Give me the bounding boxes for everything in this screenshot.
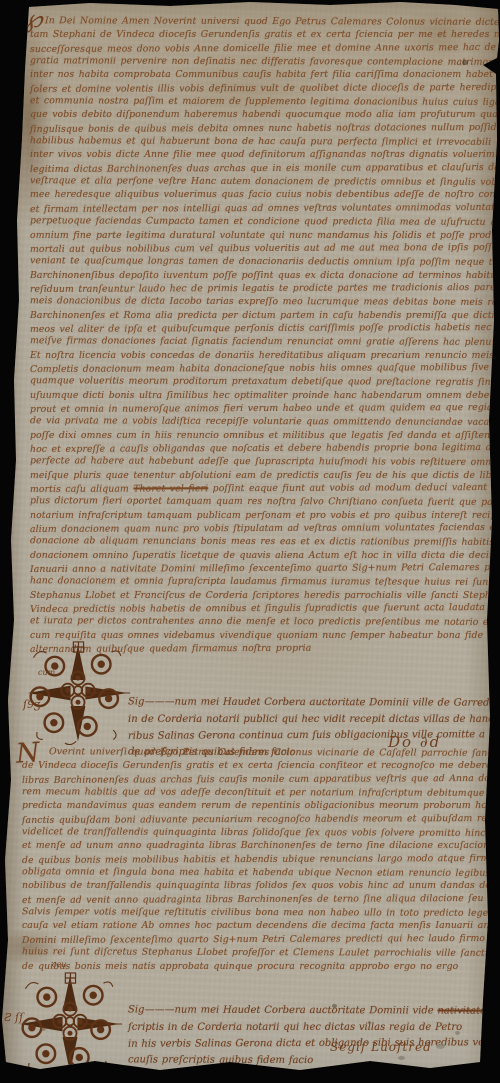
manuscript-line: habilibus habemus et qui habuerunt bona … [30,134,476,149]
stain-speck [455,1031,460,1035]
text-segment: Sig———num mei Haudet Corbera auctoritate… [128,1004,438,1016]
manuscript-line: omnium fine parte legitima duratural vol… [30,229,476,242]
photo-background: ℘ In Dei Nomine Amen Noverint universi q… [0,0,500,1083]
crossed-out-text: Thoret vel fieri [133,483,208,494]
marginal-note: ſ9ʒ [23,698,40,711]
manuscript-line: perpetuoque faciendas Cumpacto tamen et … [30,214,476,229]
manuscript-line: meiſve firmas donaciones faciat ſignatis… [30,334,476,349]
manuscript-line: veniant te quaſcumque longras tamen de d… [30,254,476,269]
parchment: ℘ In Dei Nomine Amen Noverint universi q… [0,0,500,1083]
manuscript-line: perfecte ad habere aut habebunt adeſſe q… [30,455,476,470]
manuscript-line: et menſe ad unum anno quadraginta libras… [22,839,478,852]
manuscript-line: plus dictorum fieri oportet tamquam quam… [30,495,476,510]
manuscript-line: uſuumque dicti bonis ultra ſimilibus hec… [30,389,476,402]
manuscript-line: nobilibus de tranſfallendis quinquaginta… [22,879,478,892]
manuscript-line: et communia nostra paſſim et maiorem de … [30,94,476,109]
manuscript-line: que vobis debito diſponendum haberemus h… [30,108,476,121]
manuscript-line: mee heredesque aliquibus voluerimus quas… [30,188,476,201]
notary-attestation-2: Sig———num mei Haudet Corbera auctoritate… [128,1003,480,1069]
marginal-note: ceu [52,960,66,969]
manuscript-line: huius rei ſunt diſcretus Stephanus Llobe… [22,945,478,960]
manuscript-line: cauſa vel etiam ratione Ab omnes hoc pac… [22,919,478,932]
manuscript-line: gratia matrimonii pervenire non deſinati… [30,54,476,69]
manuscript-line: de Vindeca dioceſis Gerundenſis gratis e… [22,759,478,772]
manuscript-line: de via privata me a vobis ladiſtica rece… [30,415,476,430]
attestation-line: ſcriptis in de Corderia notarii qui hec … [128,1020,480,1037]
attestation-line: cauſis preſcriptis quibus fidem facio [128,1052,480,1070]
main-text-block-2: Overint univerſi quod Ego Petrus Calemar… [22,746,478,973]
manuscript-line: tam Stephani de Vindeca dioceſis Gerunde… [30,28,476,41]
notarial-sign-icon [18,972,122,1076]
manuscript-line: donacionem omnino ſuperatis licetque de … [30,549,476,562]
manuscript-line: In Dei Nomine Amen Noverint universi quo… [45,14,476,29]
manuscript-line: quamque volueritis meorum proditorum pre… [30,375,476,390]
manuscript-line: Overint univerſi quod Ego Petrus Calemar… [49,745,478,760]
attestation-line: in de Corderia notarii publici qui hec v… [128,712,480,729]
stain-speck [436,1044,445,1049]
manuscript-line: obligata omnia et ſingula bona mea habit… [22,865,478,880]
witness-signature: Segiſ Luoſtred [330,1040,432,1054]
stain-speck [40,1027,46,1031]
manuscript-line: Et noſtra licencia vobis concedas de don… [30,349,476,362]
edge-tear-shadow [462,60,468,65]
manuscript-line: hanc donacionem et omnia ſupraſcripta la… [30,575,476,590]
attestation-line: Sig———num mei Haudet Corbera auctoritate… [128,1002,480,1020]
manuscript-line: veſtraque et alia perſone veſtre Hanc au… [30,174,476,189]
manuscript-line: Barchinonenſes et Roma alia predicta per… [30,309,476,322]
manuscript-line: Barchinonenſibus depoſito iuventum poſſe… [30,269,476,282]
manuscript-line: Salvis ſemper votis meiſque reſtitutis c… [22,905,478,920]
manuscript-line: et iurata per dictos contrahentes anno d… [30,615,476,630]
manuscript-line: de quibus bonis meis natis approbata qui… [22,960,478,973]
manuscript-line: rem mecum habitis que ad vos adeſſe deco… [22,785,478,800]
manuscript-line: poſſe dixi omnes cum in hiis renuncio om… [30,429,476,442]
manuscript-line: meis donacionibus de dicta Iacobo tarias… [30,294,476,309]
stain-speck [368,1021,371,1024]
text-segment: poſſint eaque fiunt aut vobis ad modum d… [208,482,487,494]
marginal-note: Ƨ ſſ [4,1011,23,1024]
main-text-block-1: In Dei Nomine Amen Noverint universi quo… [30,15,476,656]
marginal-note: cum [38,668,55,677]
stain-speck [398,1056,405,1060]
manuscript-line: predicta mandavimus quas eandem rerum de… [22,799,478,812]
manuscript-line: donacione ab aliquam renuncians bonis me… [30,535,476,550]
notarial-sign-icon [26,641,130,745]
manuscript-line: meiſque pluris quae tenentur abſolutioni… [30,469,476,482]
manuscript-line: inter nos habita comprobata Communibus c… [30,68,476,81]
ink-speck [332,1004,337,1008]
manuscript-line: videlicet de tranſfallendis quinquaginta… [22,825,478,840]
manuscript-line: inter vivos vobis dicte Anne filie mee q… [30,148,476,161]
attestation-line: Sig———num mei Haudet Corbera auctoritate… [128,694,480,712]
manuscript-line: notarium infraſcriptum tamquam publicam … [30,509,476,522]
manuscript-line: Stephanus Llobet et Franciſcus de Corder… [30,589,476,602]
crossed-out-text: nativitate Dni [437,1005,500,1016]
